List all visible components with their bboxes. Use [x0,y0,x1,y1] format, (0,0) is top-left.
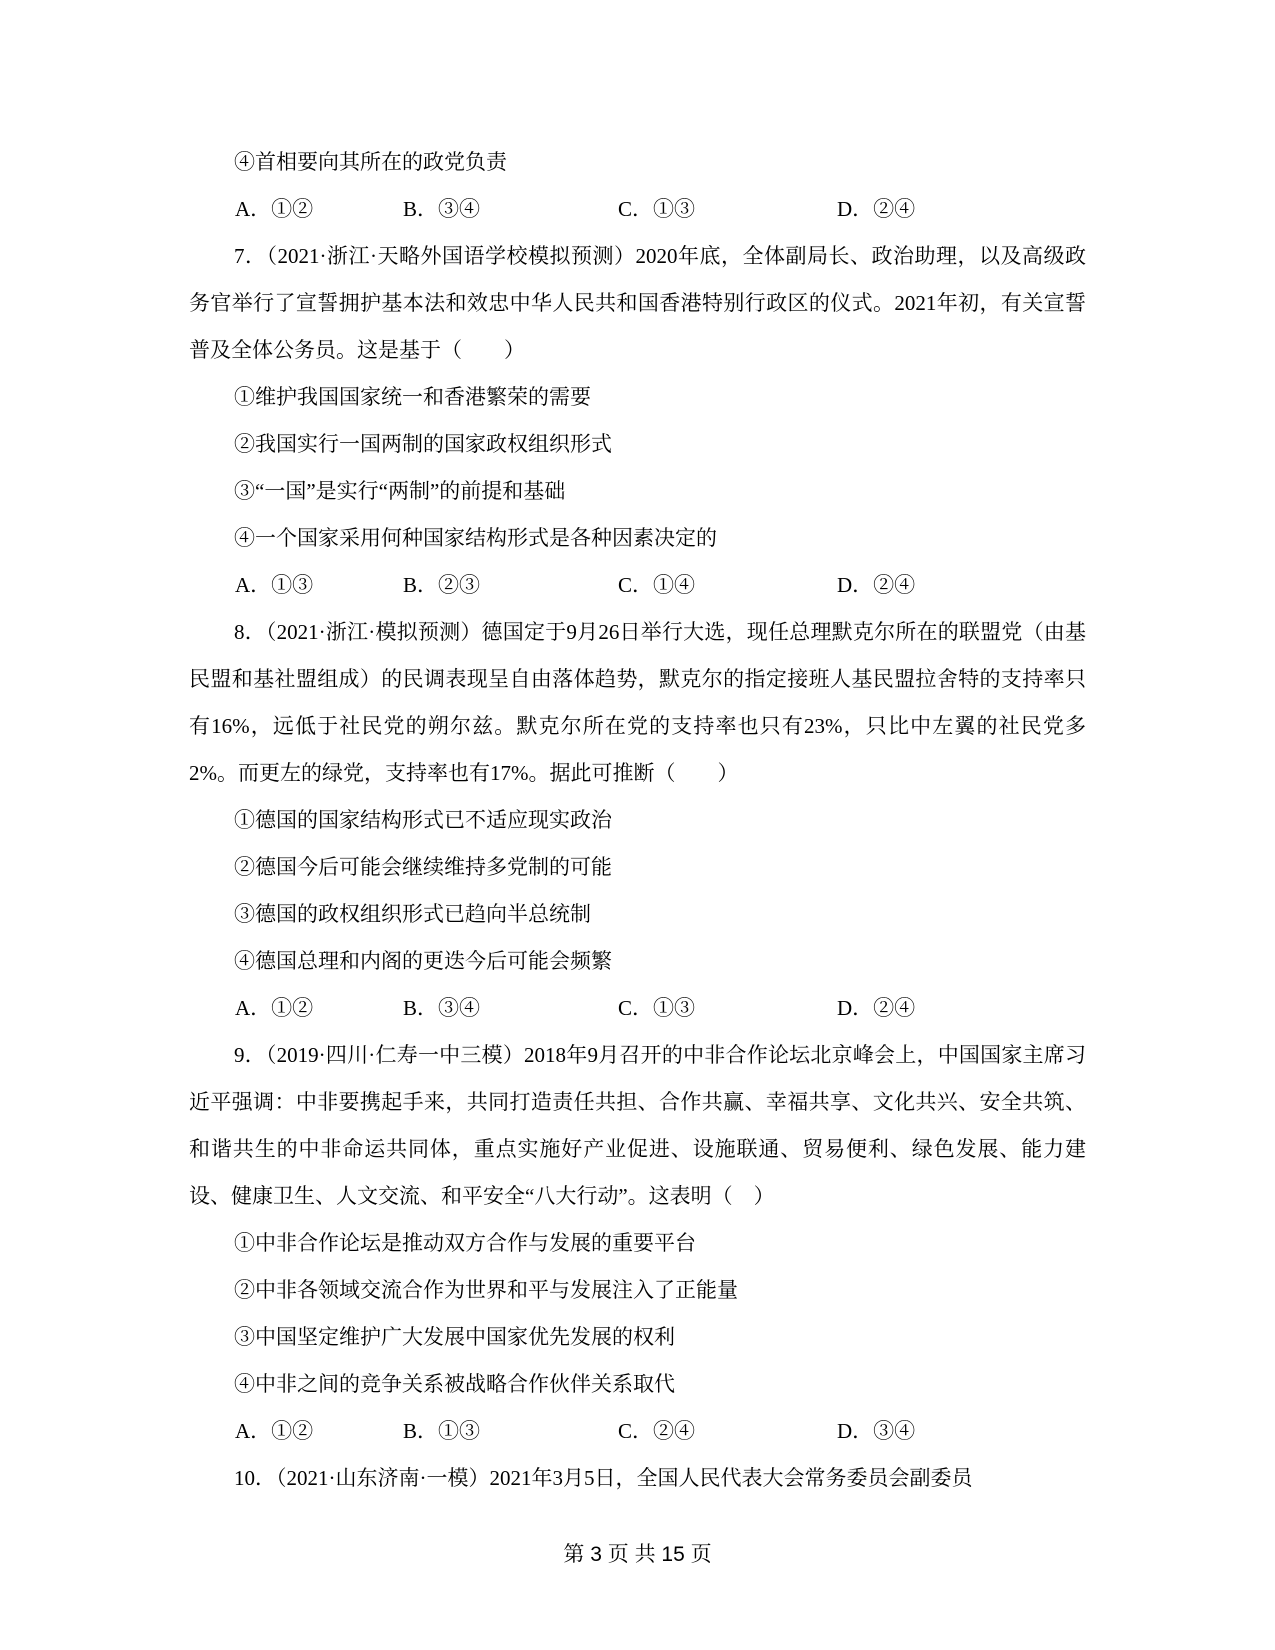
question-7-options-row: A．①③ B．②③ C．①④ D．②④ [189,562,1086,609]
question-9-item-4: ④中非之间的竞争关系被战略合作伙伴关系取代 [189,1361,1086,1408]
page-footer: 第 3 页 共 15 页 [0,1540,1275,1570]
question-9-item-1: ①中非合作论坛是推动双方合作与发展的重要平台 [189,1220,1086,1267]
question-6-option-b: B．③④ [403,186,480,233]
question-8-stem: 8．（2021·浙江·模拟预测）德国定于9月26日举行大选，现任总理默克尔所在的… [189,609,1086,797]
document-page: ④首相要向其所在的政党负责 A．①② B．③④ C．①③ D．②④ 7．（202… [0,0,1275,1650]
question-9-stem: 9．（2019·四川·仁寿一中三模）2018年9月召开的中非合作论坛北京峰会上，… [189,1032,1086,1220]
question-6-option-d: D．②④ [837,186,915,233]
question-8-option-d: D．②④ [837,985,915,1032]
question-7-option-a: A．①③ [235,562,313,609]
question-7-option-d: D．②④ [837,562,915,609]
question-9-option-c: C．②④ [618,1408,695,1455]
question-8-item-2: ②德国今后可能会继续维持多党制的可能 [189,844,1086,891]
question-7-item-3: ③“一国”是实行“两制”的前提和基础 [189,468,1086,515]
question-7-option-b: B．②③ [403,562,480,609]
question-8-option-b: B．③④ [403,985,480,1032]
question-9-item-2: ②中非各领域交流合作为世界和平与发展注入了正能量 [189,1267,1086,1314]
question-8-option-a: A．①② [235,985,313,1032]
question-8-item-3: ③德国的政权组织形式已趋向半总统制 [189,891,1086,938]
question-7-option-c: C．①④ [618,562,695,609]
question-6-options-row: A．①② B．③④ C．①③ D．②④ [189,186,1086,233]
question-7-stem: 7．（2021·浙江·天略外国语学校模拟预测）2020年底，全体副局长、政治助理… [189,233,1086,374]
page-content: ④首相要向其所在的政党负责 A．①② B．③④ C．①③ D．②④ 7．（202… [189,139,1086,1502]
question-10-stem: 10．（2021·山东济南·一模）2021年3月5日，全国人民代表大会常务委员会… [189,1455,1086,1502]
question-8-item-4: ④德国总理和内阁的更迭今后可能会频繁 [189,938,1086,985]
question-6-option-c: C．①③ [618,186,695,233]
question-8-options-row: A．①② B．③④ C．①③ D．②④ [189,985,1086,1032]
question-9-option-a: A．①② [235,1408,313,1455]
question-7-item-4: ④一个国家采用何种国家结构形式是各种因素决定的 [189,515,1086,562]
question-7-item-2: ②我国实行一国两制的国家政权组织形式 [189,421,1086,468]
question-9-item-3: ③中国坚定维护广大发展中国家优先发展的权利 [189,1314,1086,1361]
question-6-item-4: ④首相要向其所在的政党负责 [189,139,1086,186]
page-number-text: 第 3 页 共 15 页 [563,1543,711,1566]
question-6-option-a: A．①② [235,186,313,233]
question-9-options-row: A．①② B．①③ C．②④ D．③④ [189,1408,1086,1455]
question-8-option-c: C．①③ [618,985,695,1032]
question-8-item-1: ①德国的国家结构形式已不适应现实政治 [189,797,1086,844]
question-9-option-d: D．③④ [837,1408,915,1455]
question-9-option-b: B．①③ [403,1408,480,1455]
question-7-item-1: ①维护我国国家统一和香港繁荣的需要 [189,374,1086,421]
